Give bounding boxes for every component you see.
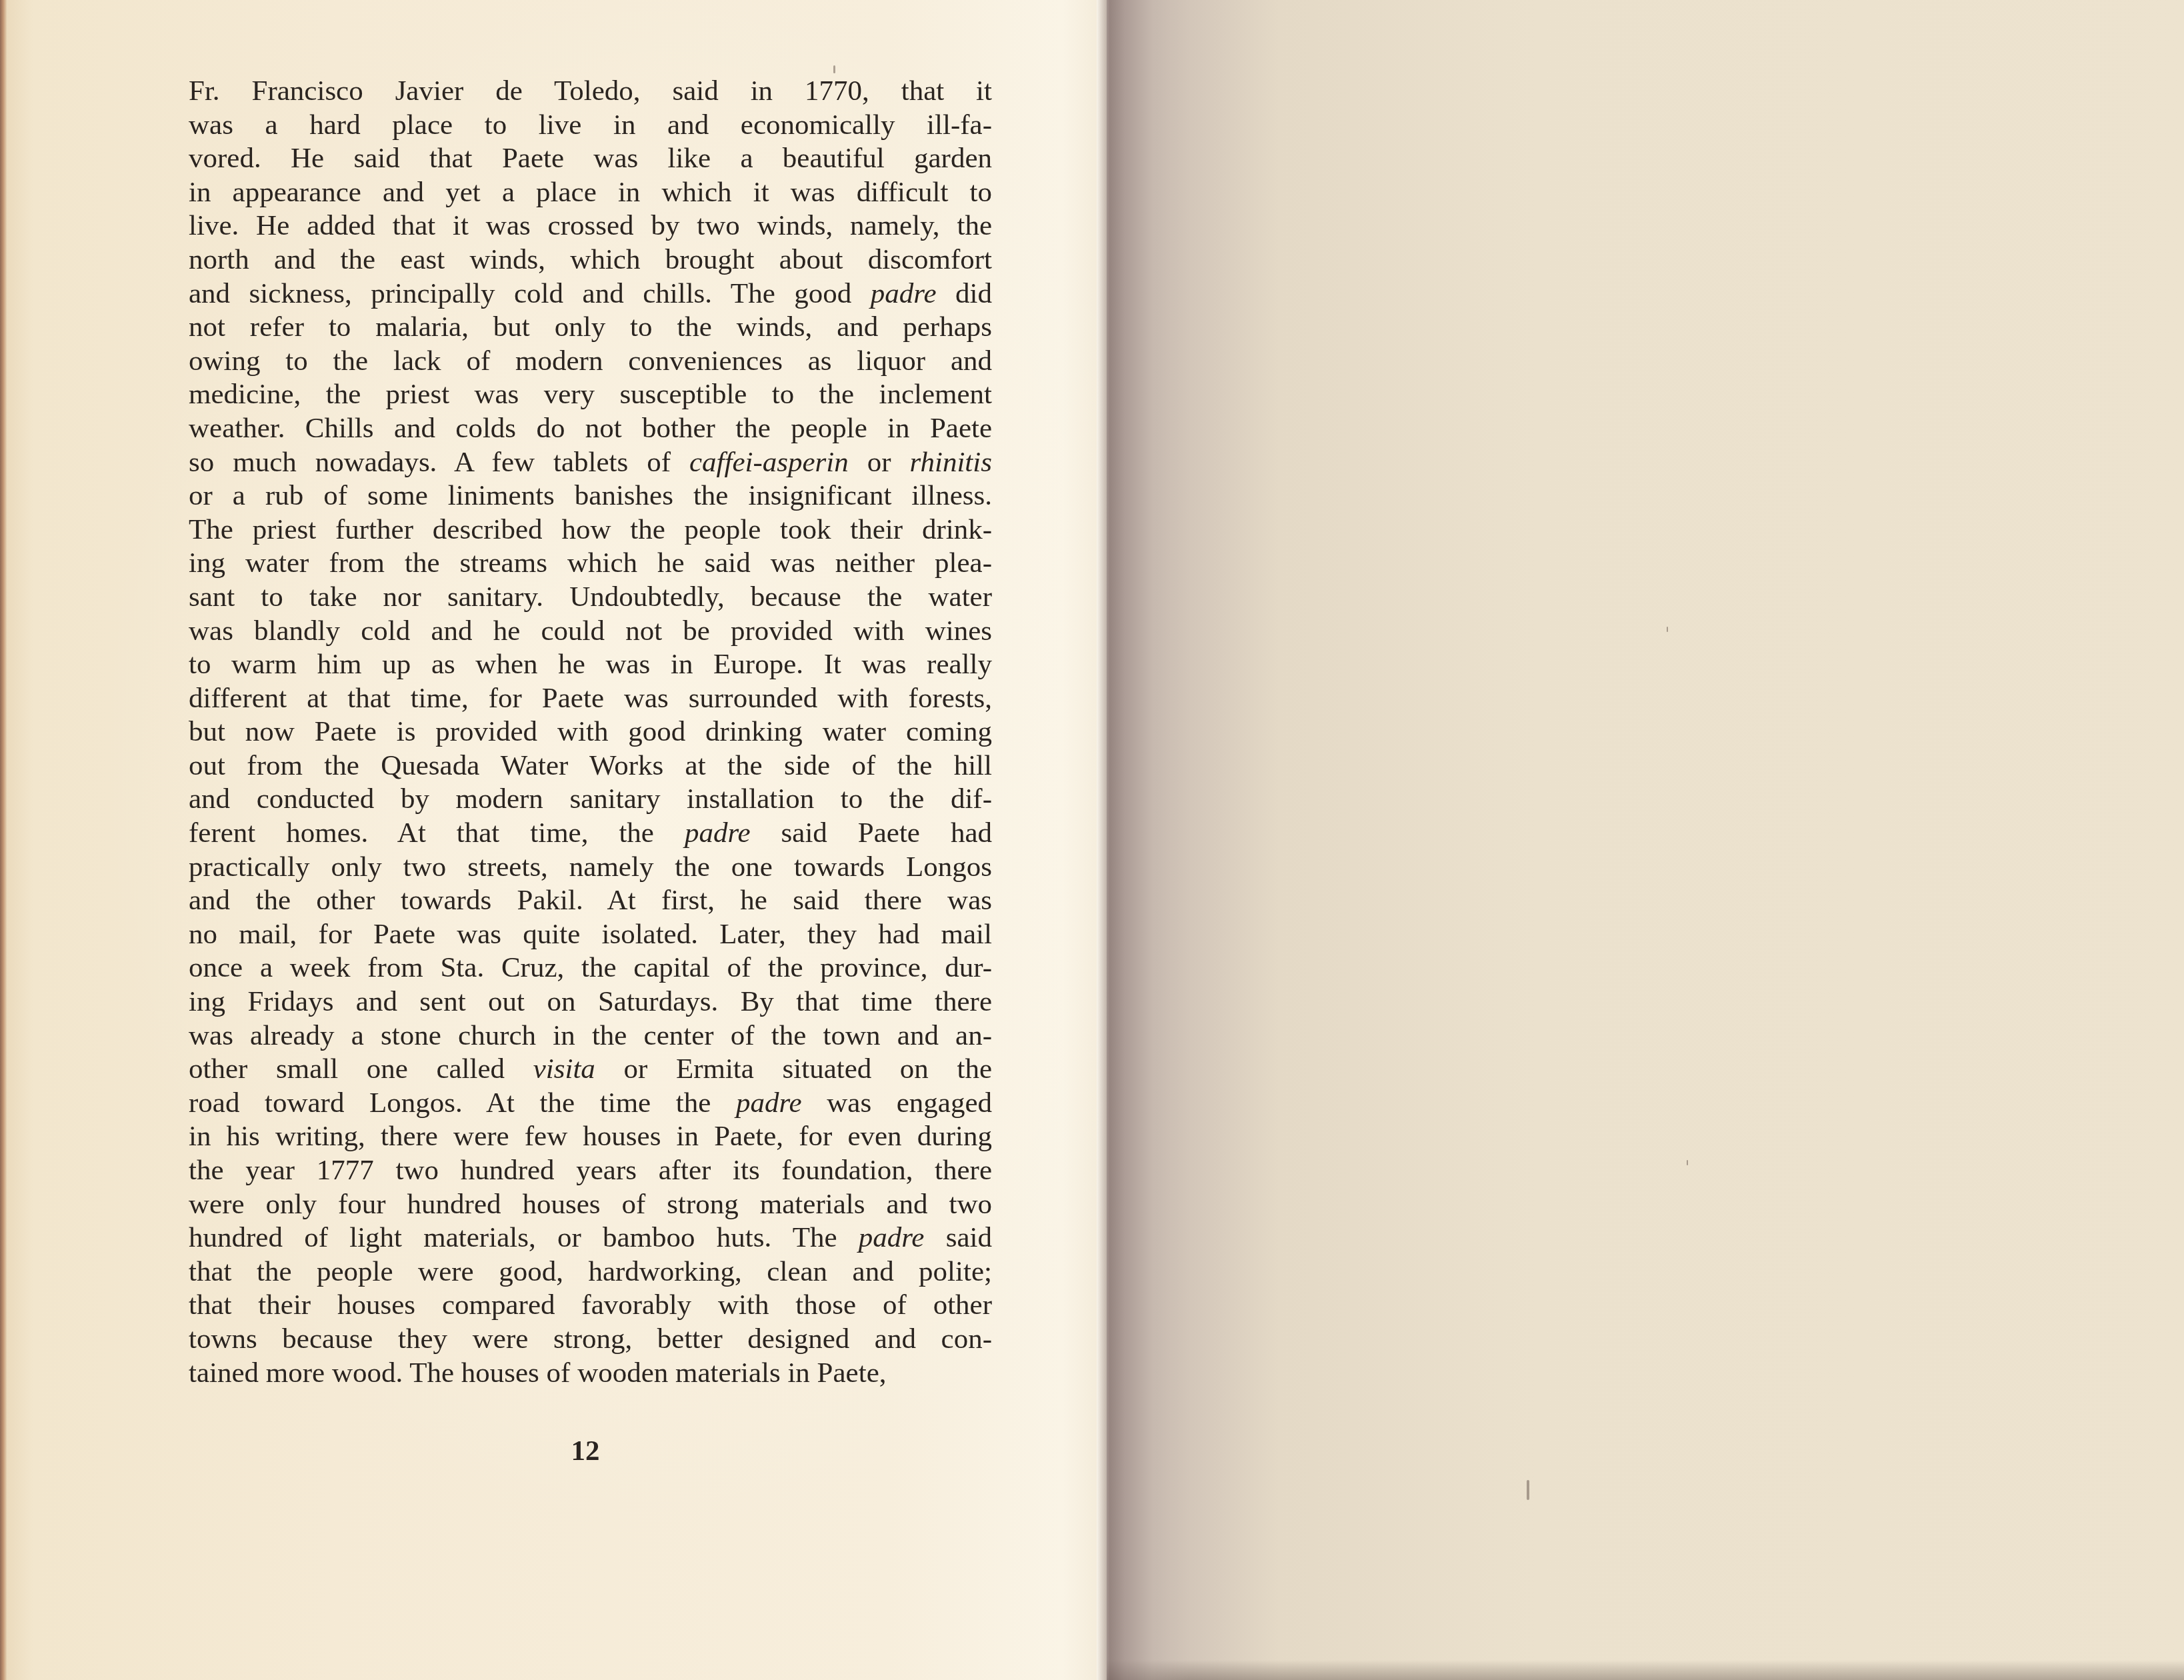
text-line: ing water from the streams which he said… [189, 547, 992, 581]
text-line: owing to the lack of modern conveniences… [189, 345, 992, 379]
paper-speck [833, 65, 835, 73]
text-line: that the people were good, hardworking, … [189, 1255, 992, 1289]
text-line: so much nowadays. A few tablets of caffe… [189, 446, 992, 480]
text-line: or a rub of some liniments banishes the … [189, 479, 992, 513]
paper-speck [1687, 1160, 1688, 1165]
text-line: north and the east winds, which brought … [189, 243, 992, 277]
text-line: out from the Quesada Water Works at the … [189, 749, 992, 783]
text-line: was a hard place to live in and economic… [189, 109, 992, 143]
text-line: medicine, the priest was very susceptibl… [189, 378, 992, 412]
text-line: not refer to malaria, but only to the wi… [189, 311, 992, 345]
text-line: ferent homes. At that time, the padre sa… [189, 817, 992, 851]
body-text: Fr. Francisco Javier de Toledo, said in … [189, 75, 992, 1390]
text-line: once a week from Sta. Cruz, the capital … [189, 951, 992, 985]
text-line: and conducted by modern sanitary install… [189, 783, 992, 817]
italic-term: caffei-asperin [689, 447, 849, 478]
text-line: no mail, for Paete was quite isolated. L… [189, 918, 992, 952]
page-number: 12 [569, 1435, 602, 1467]
left-page: Fr. Francisco Javier de Toledo, said in … [0, 0, 1107, 1680]
italic-term: padre [685, 817, 751, 849]
text-line: practically only two streets, namely the… [189, 851, 992, 885]
text-line: The priest further described how the peo… [189, 513, 992, 547]
text-line: was already a stone church in the center… [189, 1019, 992, 1053]
text-line: road toward Longos. At the time the padr… [189, 1087, 992, 1121]
paper-speck [1667, 627, 1668, 632]
text-line: sant to take nor sanitary. Undoubtedly, … [189, 581, 992, 615]
text-line: were only four hundred houses of strong … [189, 1188, 992, 1222]
text-line: to warm him up as when he was in Europe.… [189, 648, 992, 682]
text-line: but now Paete is provided with good drin… [189, 715, 992, 749]
italic-term: rhinitis [910, 447, 992, 478]
text-line: weather. Chills and colds do not bother … [189, 412, 992, 446]
text-line: the year 1777 two hundred years after it… [189, 1154, 992, 1188]
italic-term: padre [871, 278, 937, 309]
book-spread: Fr. Francisco Javier de Toledo, said in … [0, 0, 2184, 1680]
italic-term: padre [859, 1222, 925, 1253]
text-line: towns because they were strong, better d… [189, 1323, 992, 1357]
text-line: and sickness, principally cold and chill… [189, 277, 992, 311]
text-line: in his writing, there were few houses in… [189, 1120, 992, 1154]
text-line: in appearance and yet a place in which i… [189, 176, 992, 210]
text-line: Fr. Francisco Javier de Toledo, said in … [189, 75, 992, 109]
text-line: live. He added that it was crossed by tw… [189, 209, 992, 243]
paper-speck [1527, 1480, 1529, 1500]
text-line: hundred of light materials, or bamboo hu… [189, 1221, 992, 1255]
text-line: other small one called visita or Ermita … [189, 1053, 992, 1087]
text-line: ing Fridays and sent out on Saturdays. B… [189, 985, 992, 1019]
text-line: was blandly cold and he could not be pro… [189, 615, 992, 649]
right-page [1107, 0, 2184, 1680]
text-line: tained more wood. The houses of wooden m… [189, 1357, 992, 1391]
text-line: that their houses compared favorably wit… [189, 1289, 992, 1323]
book-gutter [1097, 0, 1190, 1680]
text-line: vored. He said that Paete was like a bea… [189, 142, 992, 176]
italic-term: padre [736, 1087, 802, 1119]
text-line: and the other towards Pakil. At first, h… [189, 884, 992, 918]
italic-term: visita [533, 1053, 595, 1085]
text-line: different at that time, for Paete was su… [189, 682, 992, 716]
